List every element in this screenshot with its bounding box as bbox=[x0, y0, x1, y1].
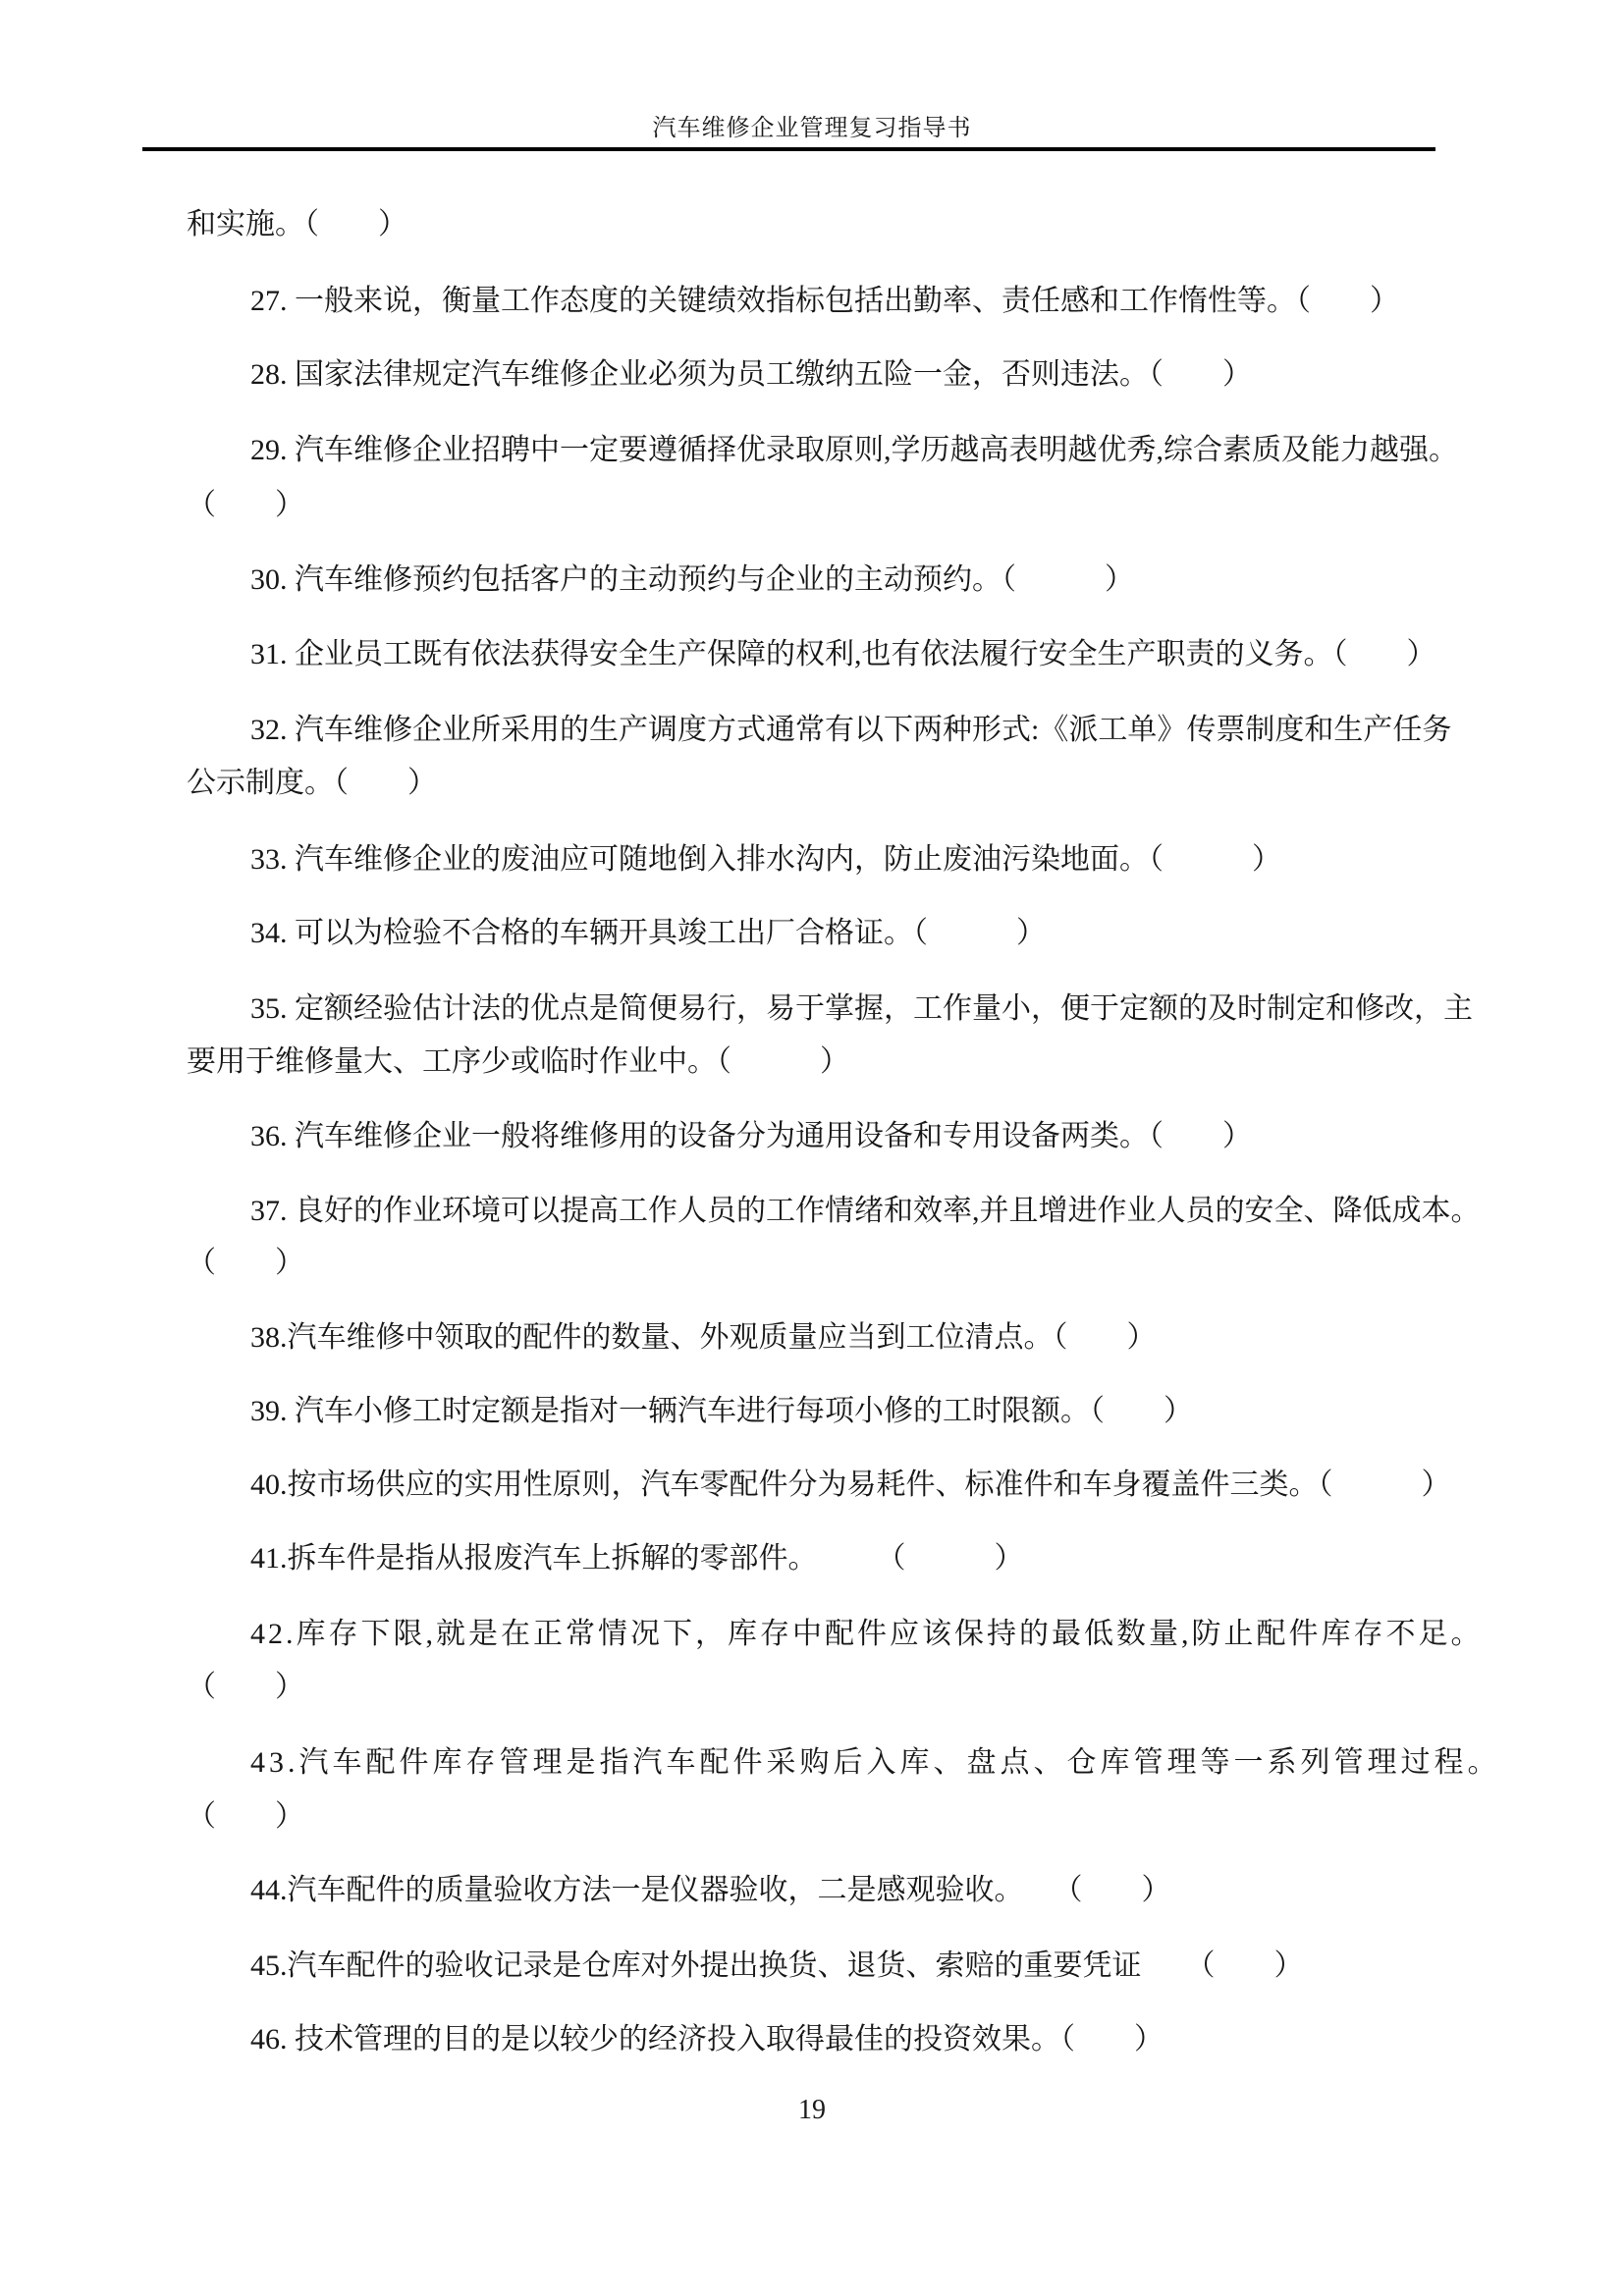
question-35: 35. 定额经验估计法的优点是简便易行，易于掌握，工作量小，便于定额的及时制定和… bbox=[250, 990, 1473, 1028]
question-45: 45.汽车配件的验收记录是仓库对外提出换货、退货、索赔的重要凭证 （ ） bbox=[250, 1948, 1304, 1985]
question-31: 31. 企业员工既有依法获得安全生产保障的权利,也有依法履行安全生产职责的义务。… bbox=[250, 636, 1436, 673]
document-page: 汽车维修企业管理复习指导书 和实施。（ ） 27. 一般来说，衡量工作态度的关键… bbox=[0, 0, 1624, 2296]
continuation-line-35: 要用于维修量大、工序少或临时作业中。（ ） bbox=[187, 1043, 849, 1081]
answer-blank-line-29: （ ） bbox=[187, 487, 304, 524]
question-44: 44.汽车配件的质量验收方法一是仪器验收，二是感观验收。 （ ） bbox=[250, 1872, 1171, 1909]
header-rule bbox=[142, 147, 1435, 151]
question-33: 33. 汽车维修企业的废油应可随地倒入排水沟内，防止废油污染地面。（ ） bbox=[250, 841, 1281, 879]
question-40: 40.按市场供应的实用性原则，汽车零配件分为易耗件、标准件和车身覆盖件三类。（ … bbox=[250, 1467, 1451, 1504]
question-42: 42.库存下限,就是在正常情况下，库存中配件应该保持的最低数量,防止配件库存不足… bbox=[250, 1616, 1484, 1653]
answer-blank-line-43: （ ） bbox=[187, 1798, 304, 1836]
question-28: 28. 国家法律规定汽车维修企业必须为员工缴纳五险一金，否则违法。（ ） bbox=[250, 356, 1252, 394]
question-38: 38.汽车维修中领取的配件的数量、外观质量应当到工位清点。（ ） bbox=[250, 1319, 1157, 1357]
answer-blank-line-42: （ ） bbox=[187, 1669, 304, 1706]
question-30: 30. 汽车维修预约包括客户的主动预约与企业的主动预约。（ ） bbox=[250, 561, 1134, 599]
answer-blank-line-37: （ ） bbox=[187, 1245, 304, 1282]
question-39: 39. 汽车小修工时定额是指对一辆汽车进行每项小修的工时限额。（ ） bbox=[250, 1393, 1193, 1430]
continuation-line-32: 公示制度。（ ） bbox=[187, 765, 437, 802]
question-46: 46. 技术管理的目的是以较少的经济投入取得最佳的投资效果。（ ） bbox=[250, 2021, 1164, 2058]
question-32: 32. 汽车维修企业所采用的生产调度方式通常有以下两种形式:《派工单》传票制度和… bbox=[250, 712, 1451, 749]
page-number: 19 bbox=[0, 2095, 1624, 2126]
question-41: 41.拆车件是指从报废汽车上拆解的零部件。 （ ） bbox=[250, 1540, 1024, 1577]
page-header-title: 汽车维修企业管理复习指导书 bbox=[0, 108, 1624, 142]
question-34: 34. 可以为检验不合格的车辆开具竣工出厂合格证。（ ） bbox=[250, 915, 1046, 952]
question-29: 29. 汽车维修企业招聘中一定要遵循择优录取原则,学历越高表明越优秀,综合素质及… bbox=[250, 432, 1458, 469]
question-36: 36. 汽车维修企业一般将维修用的设备分为通用设备和专用设备两类。（ ） bbox=[250, 1118, 1252, 1155]
question-37: 37. 良好的作业环境可以提高工作人员的工作情绪和效率,并且增进作业人员的安全、… bbox=[250, 1193, 1481, 1230]
question-27: 27. 一般来说，衡量工作态度的关键绩效指标包括出勤率、责任感和工作惰性等。（ … bbox=[250, 283, 1399, 320]
continuation-line-26: 和实施。（ ） bbox=[187, 206, 407, 243]
question-43: 43.汽车配件库存管理是指汽车配件采购后入库、盘点、仓库管理等一系列管理过程。 bbox=[250, 1744, 1501, 1782]
